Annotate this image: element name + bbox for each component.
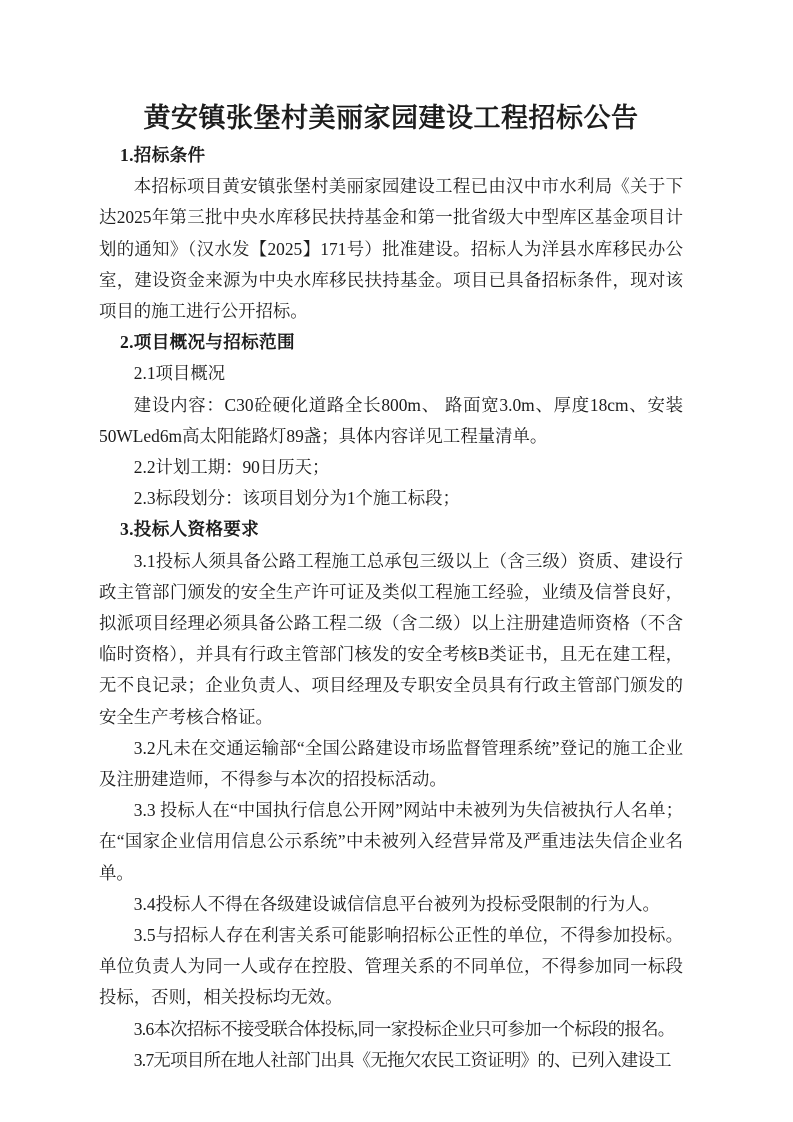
document-title: 黄安镇张堡村美丽家园建设工程招标公告	[99, 96, 683, 140]
section-heading-project-overview: 2.项目概况与招标范围	[99, 327, 683, 358]
document-content: 黄安镇张堡村美丽家园建设工程招标公告 1.招标条件 本招标项目黄安镇张堡村美丽家…	[99, 96, 683, 1076]
section-heading-bid-conditions: 1.招标条件	[99, 140, 683, 171]
paragraph-bid-conditions: 本招标项目黄安镇张堡村美丽家园建设工程已由汉中市水利局《关于下达2025年第三批…	[99, 171, 683, 327]
paragraph-qualification-3-3: 3.3 投标人在“中国执行信息公开网”网站中未被列为失信被执行人名单；在“国家企…	[99, 795, 683, 889]
paragraph-qualification-3-7: 3.7无项目所在地人社部门出具《无拖欠农民工资证明》的、已列入建设工	[99, 1045, 683, 1076]
section-heading-bidder-qualifications: 3.投标人资格要求	[99, 514, 683, 545]
document-page: 黄安镇张堡村美丽家园建设工程招标公告 1.招标条件 本招标项目黄安镇张堡村美丽家…	[0, 0, 793, 1122]
paragraph-section-division: 2.3标段划分：该项目划分为1个施工标段；	[99, 483, 683, 514]
paragraph-qualification-3-2: 3.2凡未在交通运输部“全国公路建设市场监督管理系统”登记的施工企业及注册建造师…	[99, 733, 683, 795]
paragraph-qualification-3-5: 3.5与招标人存在利害关系可能影响招标公正性的单位，不得参加投标。单位负责人为同…	[99, 920, 683, 1014]
paragraph-qualification-3-6: 3.6本次招标不接受联合体投标,同一家投标企业只可参加一个标段的报名。	[99, 1014, 683, 1045]
paragraph-planned-duration: 2.2计划工期：90日历天；	[99, 452, 683, 483]
paragraph-construction-content: 建设内容：C30砼硬化道路全长800m、 路面宽3.0m、厚度18cm、安装50…	[99, 390, 683, 452]
paragraph-qualification-3-1: 3.1投标人须具备公路工程施工总承包三级以上（含三级）资质、建设行政主管部门颁发…	[99, 546, 683, 733]
paragraph-project-overview-label: 2.1项目概况	[99, 358, 683, 389]
paragraph-qualification-3-4: 3.4投标人不得在各级建设诚信信息平台被列为投标受限制的行为人。	[99, 889, 683, 920]
